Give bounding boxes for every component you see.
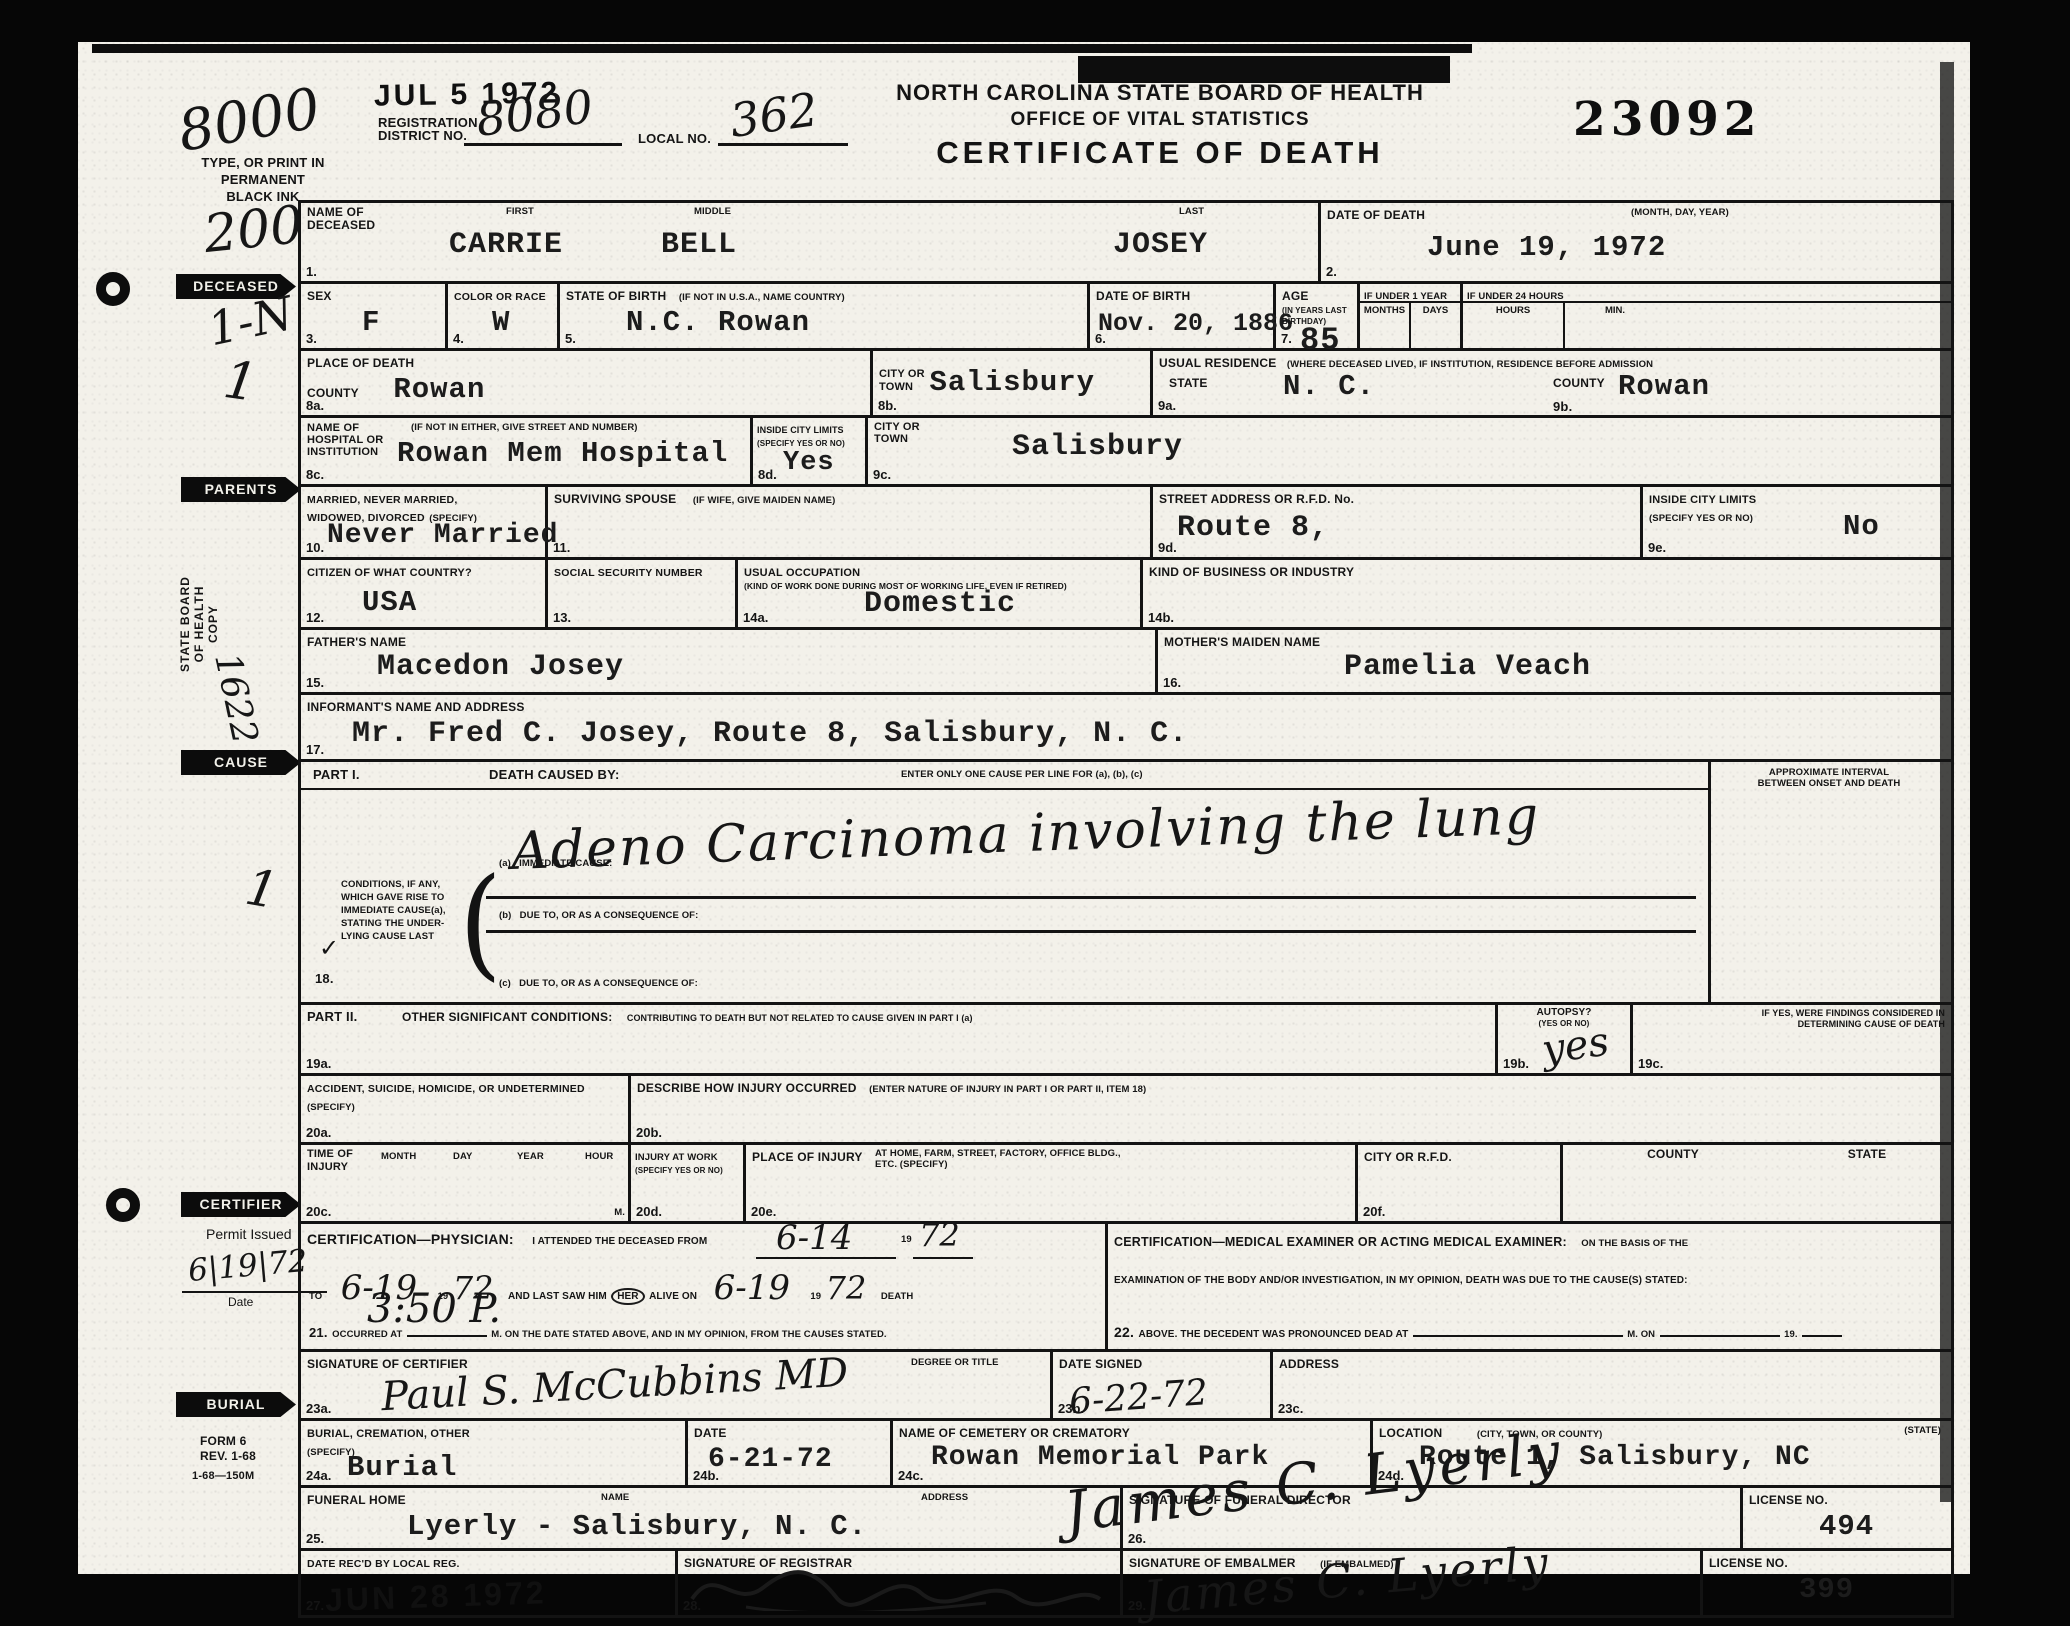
disposition-date-label: DATE [694, 1426, 727, 1440]
district-underline [464, 143, 622, 146]
field-certification-physician: CERTIFICATION—PHYSICIAN: I ATTENDED THE … [301, 1224, 1108, 1349]
spouse-label: SURVIVING SPOUSE [554, 492, 676, 506]
field-name-of-deceased: NAME OFDECEASED FIRST MIDDLE LAST CARRIE… [301, 203, 1321, 281]
tab-cause: CAUSE [181, 750, 301, 775]
certifier-address-label: ADDRESS [1279, 1357, 1339, 1371]
death-time-value: 3:50 P. [367, 1286, 501, 1332]
cause-of-death-section: PART I. DEATH CAUSED BY: ENTER ONLY ONE … [301, 762, 1951, 1005]
form-number-line2: REV. 1-68 [200, 1449, 256, 1463]
registration-district-label: REGISTRATION DISTRICT NO. [378, 116, 478, 142]
tab-parents: PARENTS [181, 477, 301, 502]
funeral-home-label: FUNERAL HOME [307, 1493, 406, 1507]
part1-note: ENTER ONLY ONE CAUSE PER LINE FOR (a), (… [901, 769, 1143, 780]
informant-label: INFORMANT'S NAME AND ADDRESS [307, 700, 525, 714]
item-number: 9a. [1158, 398, 1176, 413]
blank-line [756, 1242, 896, 1259]
father-value: Macedon Josey [377, 653, 1149, 681]
item-number-inline: 22. [1114, 1324, 1134, 1340]
item-number: 20c. [306, 1204, 331, 1219]
interval-header: APPROXIMATE INTERVAL BETWEEN ONSET AND D… [1713, 767, 1945, 789]
form-row-certifier-signature: SIGNATURE OF CERTIFIER DEGREE OR TITLE P… [301, 1352, 1951, 1421]
name-label-line2: DECEASED [307, 218, 375, 232]
marital-label-line1: MARRIED, NEVER MARRIED, [307, 494, 457, 506]
describe-injury-sublabel: (ENTER NATURE OF INJURY IN PART I OR PAR… [869, 1084, 1146, 1095]
last-name-value: JOSEY [1113, 231, 1208, 259]
pronounced-label: ABOVE. THE DECEDENT WAS PRONOUNCED DEAD … [1139, 1329, 1409, 1340]
residence-group-label: USUAL RESIDENCE [1159, 356, 1276, 370]
birth-state-sublabel: (IF NOT IN U.S.A., NAME COUNTRY) [679, 292, 845, 303]
form-row-name: NAME OFDECEASED FIRST MIDDLE LAST CARRIE… [301, 203, 1951, 284]
item-number: 27. [306, 1598, 324, 1613]
place-of-injury-label: PLACE OF INJURY [752, 1150, 863, 1164]
item-number: 23b. [1058, 1401, 1084, 1416]
icl-9e-sublabel: (SPECIFY YES OR NO) [1649, 513, 1753, 524]
street-address-value: Route 8, [1177, 514, 1634, 542]
to-label: TO [309, 1291, 322, 1302]
cert-physician-closing: M. ON THE DATE STATED ABOVE, AND IN MY O… [491, 1329, 886, 1340]
part2-label: PART II. [307, 1009, 357, 1024]
findings-label-line2: DETERMINING CAUSE OF DEATH [1798, 1019, 1945, 1029]
hospital-label-line2: HOSPITAL OR [307, 434, 383, 446]
field-director-license: LICENSE NO. 494 [1743, 1488, 1951, 1548]
item-number-inline: 21. [309, 1325, 328, 1340]
field-informant: INFORMANT'S NAME AND ADDRESS Mr. Fred C.… [301, 695, 1951, 759]
item-number: 5. [565, 331, 576, 346]
date-received-label: DATE REC'D BY LOCAL REG. [307, 1558, 460, 1570]
city-town-label: CITY OR TOWN [879, 368, 925, 394]
accident-label: ACCIDENT, SUICIDE, HOMICIDE, OR UNDETERM… [307, 1083, 585, 1095]
permit-issued-label: Permit Issued [206, 1226, 292, 1242]
item-number: 19c. [1638, 1056, 1663, 1071]
permit-date-label: Date [228, 1295, 253, 1309]
marital-value: Never Married [327, 522, 539, 550]
field-embalmer-signature: SIGNATURE OF EMBALMER (IF EMBALMED) Jame… [1123, 1551, 1703, 1615]
item-number: 4. [453, 331, 464, 346]
mother-value: Pamelia Veach [1344, 653, 1945, 681]
hole-punch [106, 1188, 140, 1222]
icl-9e-value: No [1843, 513, 1880, 541]
line-c-label: (c) DUE TO, OR AS A CONSEQUENCE OF: [499, 978, 698, 989]
form-row-certification: CERTIFICATION—PHYSICIAN: I ATTENDED THE … [301, 1224, 1951, 1352]
location-sublabel-2: (STATE) [1904, 1425, 1941, 1436]
pencil-1622: 1622 [206, 649, 265, 747]
hospital-label-line3: INSTITUTION [307, 446, 378, 458]
registrar-signature [686, 1559, 1106, 1611]
field-age: AGE (IN YEARS LAST BIRTHDAY) 85 7. [1276, 284, 1360, 348]
disposition-label: BURIAL, CREMATION, OTHER [307, 1428, 470, 1440]
item-number: 20e. [751, 1204, 776, 1219]
cemetery-label: NAME OF CEMETERY OR CREMATORY [899, 1426, 1130, 1440]
field-certifier-signature: SIGNATURE OF CERTIFIER DEGREE OR TITLE P… [301, 1352, 1053, 1418]
conditions-line4: STATING THE UNDER- [341, 918, 444, 929]
conditions-line5: LYING CAUSE LAST [341, 931, 434, 942]
field-other-significant-conditions: PART II. OTHER SIGNIFICANT CONDITIONS: C… [301, 1005, 1498, 1073]
month-column-label: MONTH [381, 1151, 416, 1162]
item-number: 16. [1163, 675, 1181, 690]
item-number: 9c. [873, 467, 891, 482]
her-circled-label: HER [611, 1288, 644, 1305]
certificate-title: CERTIFICATE OF DEATH [710, 135, 1610, 171]
print-instruction-line2: PERMANENT [221, 172, 305, 187]
date-received-stamp: JUN 28 1972 [324, 1570, 669, 1619]
cert-examiner-title: CERTIFICATION—MEDICAL EXAMINER OR ACTING… [1114, 1235, 1567, 1249]
conditions-line1: CONDITIONS, IF ANY, [341, 879, 440, 890]
date-signed-label: DATE SIGNED [1059, 1357, 1142, 1371]
residence-county-value: Rowan [1618, 373, 1710, 401]
autopsy-value: yes [1539, 1019, 1612, 1074]
accident-sublabel: (SPECIFY) [307, 1102, 355, 1113]
hospital-sublabel: (IF NOT IN EITHER, GIVE STREET AND NUMBE… [411, 422, 638, 433]
scanned-death-certificate: { "colors":{"paper":"#f3f1ea","ink":"#13… [0, 0, 2070, 1626]
field-street-address: STREET ADDRESS OR R.F.D. No. Route 8, 9d… [1153, 487, 1643, 557]
item-number: 1. [306, 264, 317, 279]
form-row-place-of-death: PLACE OF DEATH COUNTY Rowan 8a. CITY OR … [301, 351, 1951, 418]
item-number: 7. [1281, 331, 1292, 346]
basis-label: ON THE BASIS OF THE [1581, 1238, 1688, 1249]
item-number: 11. [553, 540, 570, 555]
field-mother-name: MOTHER'S MAIDEN NAME Pamelia Veach 16. [1158, 630, 1951, 692]
field-describe-injury: DESCRIBE HOW INJURY OCCURRED (ENTER NATU… [631, 1076, 1951, 1142]
copy-line2: OF HEALTH [192, 586, 206, 663]
field-father-name: FATHER'S NAME Macedon Josey 15. [301, 630, 1158, 692]
line-c-prefix: (c) [499, 978, 511, 989]
place-city-value: Salisbury [929, 366, 1095, 399]
permit-date-value: 6|19|72 [187, 1243, 309, 1289]
field-marital-status: MARRIED, NEVER MARRIED, WIDOWED, DIVORCE… [301, 487, 548, 557]
year-prefix: 19. [1784, 1329, 1798, 1340]
time-injury-label-line1: TIME OF [307, 1148, 353, 1160]
alive-on-label: ALIVE ON [649, 1291, 697, 1302]
item-number: 20a. [306, 1125, 331, 1140]
col-middle-label: MIDDLE [694, 206, 731, 217]
cert-physician-title: CERTIFICATION—PHYSICIAN: [307, 1231, 514, 1247]
tab-certifier: CERTIFIER [181, 1192, 301, 1217]
under-year-columns: MONTHS DAYS [1360, 301, 1460, 348]
field-residence-city: CITY OR TOWN Salisbury 9c. [868, 418, 1951, 484]
pencil-1b: 1 [241, 858, 282, 921]
field-date-received: DATE REC'D BY LOCAL REG. JUN 28 1972 27. [301, 1551, 678, 1615]
birth-date-label: DATE OF BIRTH [1096, 289, 1190, 303]
birth-date-value: Nov. 20, 1886 [1098, 310, 1267, 338]
conditions-line2: WHICH GAVE RISE TO [341, 892, 444, 903]
certificate-paper: 8000 JUL 5 1972 REGISTRATION DISTRICT NO… [78, 42, 1970, 1574]
citizen-value: USA [362, 589, 539, 617]
field-funeral-director-signature: SIGNATURE OF FUNERAL DIRECTOR James C. L… [1123, 1488, 1743, 1548]
year-prefix: 19 [901, 1234, 912, 1245]
form-row-registrar: DATE REC'D BY LOCAL REG. JUN 28 1972 27.… [301, 1551, 1951, 1615]
field-funeral-home: FUNERAL HOME NAME ADDRESS Lyerly - Salis… [301, 1488, 1123, 1548]
field-ssn: SOCIAL SECURITY NUMBER 13. [548, 560, 738, 627]
hours-column: HOURS [1463, 303, 1565, 348]
minutes-column: MIN. [1565, 303, 1951, 348]
registration-label-line2: DISTRICT NO. [378, 128, 467, 143]
icl-8d-value: Yes [783, 449, 861, 477]
field-state-of-birth: STATE OF BIRTH (IF NOT IN U.S.A., NAME C… [560, 284, 1090, 348]
hospital-value: Rowan Mem Hospital [397, 440, 728, 468]
autopsy-label: AUTOPSY? [1502, 1007, 1626, 1018]
item-number: 24b. [693, 1468, 719, 1483]
first-name-value: CARRIE [449, 231, 563, 259]
year-column-label: YEAR [517, 1151, 544, 1162]
funeral-home-name-sublabel: NAME [601, 1492, 629, 1503]
copy-line3: COPY [206, 605, 220, 643]
item-number: 10. [306, 540, 324, 555]
death-label: DEATH [881, 1291, 914, 1302]
field-date-signed: DATE SIGNED 6-22-72 23b. [1053, 1352, 1273, 1418]
cert-examiner-line3: 22. ABOVE. THE DECEDENT WAS PRONOUNCED D… [1114, 1320, 1940, 1342]
time-injury-label-line2: INJURY [307, 1161, 348, 1173]
item-number: 9d. [1158, 540, 1177, 555]
item-number: 2. [1326, 264, 1337, 279]
residence-city-value: Salisbury [1012, 433, 1183, 461]
tab-burial: BURIAL [176, 1392, 296, 1417]
injury-state-label: STATE [1789, 1148, 1945, 1161]
form-row-informant: INFORMANT'S NAME AND ADDRESS Mr. Fred C.… [301, 695, 1951, 762]
item-number: 19b. [1503, 1056, 1529, 1071]
item-number: 8b. [878, 398, 897, 413]
field-date-of-birth: DATE OF BIRTH Nov. 20, 1886 6. [1090, 284, 1276, 348]
pen-checkmark: ✓ [319, 934, 339, 963]
hole-punch [96, 272, 130, 306]
print-run-code: 1-68—150M [192, 1470, 254, 1483]
pencil-200: 200 [201, 195, 306, 265]
describe-injury-label: DESCRIBE HOW INJURY OCCURRED [637, 1081, 857, 1095]
item-number: 18. [315, 972, 334, 985]
injury-at-work-label: INJURY AT WORK [635, 1152, 718, 1163]
field-certifier-address: ADDRESS 23c. [1273, 1352, 1951, 1418]
part1-label: PART I. [313, 768, 360, 781]
board-name: NORTH CAROLINA STATE BOARD OF HEALTH [710, 80, 1610, 106]
field-hospital: NAME OF HOSPITAL OR INSTITUTION (IF NOT … [301, 418, 753, 484]
form-row-sex-birth: SEX F 3. COLOR OR RACE W 4. STATE OF BIR… [301, 284, 1951, 351]
item-number: 12. [306, 610, 324, 625]
certifier-signature-label: SIGNATURE OF CERTIFIER [307, 1357, 468, 1371]
field-disposition-type: BURIAL, CREMATION, OTHER (SPECIFY) Buria… [301, 1421, 688, 1485]
residence-county-label: COUNTY [1553, 377, 1605, 390]
form-row-funeral-home: FUNERAL HOME NAME ADDRESS Lyerly - Salis… [301, 1488, 1951, 1551]
conditions-line3: IMMEDIATE CAUSE(a), [341, 905, 446, 916]
occupation-value: Domestic [864, 590, 1134, 618]
last-saw-label: AND LAST SAW HIM [508, 1291, 607, 1302]
field-inside-city-limits-9e: INSIDE CITY LIMITS (SPECIFY YES OR NO) N… [1643, 487, 1951, 557]
conditions-note: CONDITIONS, IF ANY, WHICH GAVE RISE TO I… [341, 878, 446, 943]
line-b-prefix: (b) [499, 910, 511, 921]
race-value: W [492, 309, 551, 337]
item-number: 6. [1095, 331, 1106, 346]
residence-state-value: N. C. [1283, 373, 1375, 401]
cert-examiner-body: EXAMINATION OF THE BODY AND/OR INVESTIGA… [1114, 1275, 1945, 1286]
item-number: 23a. [306, 1401, 331, 1416]
field-autopsy-findings: IF YES, WERE FINDINGS CONSIDERED IN DETE… [1633, 1005, 1951, 1073]
date-of-death-sublabel: (MONTH, DAY, YEAR) [1631, 207, 1729, 218]
field-industry: KIND OF BUSINESS OR INDUSTRY 14b. [1143, 560, 1951, 627]
residence-state-label: STATE [1169, 377, 1208, 390]
residence-city-label: CITY OR TOWN [874, 421, 920, 445]
col-first-label: FIRST [506, 206, 534, 217]
field-surviving-spouse: SURVIVING SPOUSE (IF WIFE, GIVE MAIDEN N… [548, 487, 1153, 557]
conditions-brace: ( [459, 852, 502, 993]
field-place-of-death-county: PLACE OF DEATH COUNTY Rowan 8a. [301, 351, 873, 415]
line-b-underline [486, 930, 1696, 933]
interval-header-line2: BETWEEN ONSET AND DEATH [1758, 778, 1901, 789]
field-date-of-death: DATE OF DEATH (MONTH, DAY, YEAR) June 19… [1321, 203, 1951, 281]
injury-county-label: COUNTY [1569, 1148, 1777, 1161]
date-of-death-value: June 19, 1972 [1427, 234, 1945, 262]
item-number: 25. [306, 1531, 324, 1546]
field-certification-examiner: CERTIFICATION—MEDICAL EXAMINER OR ACTING… [1108, 1224, 1951, 1349]
occupation-label: USUAL OCCUPATION [744, 567, 860, 579]
form-row-part2: PART II. OTHER SIGNIFICANT CONDITIONS: C… [301, 1005, 1951, 1076]
field-if-under-24-hours: IF UNDER 24 HOURS HOURS MIN. [1463, 284, 1951, 348]
item-number: 3. [306, 331, 317, 346]
field-injury-city: CITY OR R.F.D. 20f. [1358, 1145, 1563, 1221]
office-name: OFFICE OF VITAL STATISTICS [710, 109, 1610, 131]
industry-label: KIND OF BUSINESS OR INDUSTRY [1149, 565, 1354, 579]
field-occupation: USUAL OCCUPATION (KIND OF WORK DONE DURI… [738, 560, 1143, 627]
field-injury-state: STATE [1783, 1145, 1951, 1221]
form-row-injury-detail: TIME OF INJURY MONTH DAY YEAR HOUR 20c. … [301, 1145, 1951, 1224]
field-disposition-date: DATE 6-21-72 24b. [688, 1421, 893, 1485]
date-signed-value: 6-22-72 [1068, 1368, 1265, 1423]
field-injury-at-work: INJURY AT WORK (SPECIFY YES OR NO) 20d. [631, 1145, 746, 1221]
copy-line1: STATE BOARD [178, 576, 192, 672]
father-label: FATHER'S NAME [307, 635, 406, 649]
embalmer-license-label: LICENSE NO. [1709, 1556, 1788, 1570]
form-row-accident: ACCIDENT, SUICIDE, HOMICIDE, OR UNDETERM… [301, 1076, 1951, 1145]
immediate-cause-value: Adeno Carcinoma involving the lung [510, 786, 1541, 882]
field-citizen: CITIZEN OF WHAT COUNTRY? USA 12. [301, 560, 548, 627]
item-number: 14b. [1148, 610, 1174, 625]
funeral-home-value: Lyerly - Salisbury, N. C. [407, 1513, 1114, 1541]
field-sex: SEX F 3. [301, 284, 448, 348]
hospital-label-line1: NAME OF [307, 422, 359, 434]
meridiem-suffix: M. [614, 1207, 625, 1218]
mother-label: MOTHER'S MAIDEN NAME [1164, 635, 1320, 649]
year-prefix: 19 [810, 1291, 821, 1302]
scan-artifact [1078, 56, 1450, 83]
form-number: FORM 6 REV. 1-68 [200, 1434, 256, 1464]
attended-label: I ATTENDED THE DECEASED FROM [532, 1236, 707, 1247]
field-registrar-signature: SIGNATURE OF REGISTRAR 28. [678, 1551, 1123, 1615]
col-last-label: LAST [1179, 206, 1204, 217]
item-number: 24c. [898, 1468, 923, 1483]
field-place-of-injury: PLACE OF INJURY AT HOME, FARM, STREET, F… [746, 1145, 1358, 1221]
field-usual-residence: USUAL RESIDENCE (WHERE DECEASED LIVED, I… [1153, 351, 1951, 415]
field-accident-suicide-homicide: ACCIDENT, SUICIDE, HOMICIDE, OR UNDETERM… [301, 1076, 631, 1142]
line-b-label: (b) DUE TO, OR AS A CONSEQUENCE OF: [499, 910, 698, 921]
blank-line [1413, 1320, 1623, 1337]
form-row-marital: MARRIED, NEVER MARRIED, WIDOWED, DIVORCE… [301, 487, 1951, 560]
item-number: 20b. [636, 1125, 662, 1140]
line-c-text: DUE TO, OR AS A CONSEQUENCE OF: [519, 978, 698, 989]
field-injury-county: COUNTY [1563, 1145, 1783, 1221]
sex-value: F [362, 309, 439, 337]
hour-column-label: HOUR [585, 1151, 613, 1162]
field-color-or-race: COLOR OR RACE W 4. [448, 284, 560, 348]
pencil-1: 1 [220, 350, 261, 414]
item-number: 19a. [306, 1056, 331, 1071]
field-time-of-injury: TIME OF INJURY MONTH DAY YEAR HOUR 20c. … [301, 1145, 631, 1221]
item-number: 20f. [1363, 1204, 1385, 1219]
race-label: COLOR OR RACE [454, 291, 546, 303]
citizen-label: CITIZEN OF WHAT COUNTRY? [307, 567, 472, 579]
local-number-label: LOCAL NO. [638, 132, 711, 145]
embalmer-license-value: 399 [1799, 1576, 1945, 1604]
middle-name-value: BELL [661, 231, 737, 259]
place-of-injury-sublabel: AT HOME, FARM, STREET, FACTORY, OFFICE B… [875, 1148, 1135, 1170]
ssn-label: SOCIAL SECURITY NUMBER [554, 567, 703, 579]
item-number: 8a. [306, 398, 324, 413]
place-county-value: Rowan [393, 373, 485, 406]
icl-9e-label: INSIDE CITY LIMITS [1649, 494, 1756, 506]
item-number: 9e. [1648, 540, 1666, 555]
part2-note: CONTRIBUTING TO DEATH BUT NOT RELATED TO… [627, 1013, 973, 1023]
icl-8d-label: INSIDE CITY LIMITS [757, 425, 844, 435]
interval-header-line1: APPROXIMATE INTERVAL [1769, 767, 1889, 778]
days-column: DAYS [1411, 303, 1460, 348]
street-address-label: STREET ADDRESS OR R.F.D. No. [1159, 492, 1354, 506]
informant-value: Mr. Fred C. Josey, Route 8, Salisbury, N… [352, 720, 1945, 748]
field-place-of-death-city: CITY OR TOWN Salisbury 8b. [873, 351, 1153, 415]
form-row-hospital: NAME OF HOSPITAL OR INSTITUTION (IF NOT … [301, 418, 1951, 487]
part2-heading: OTHER SIGNIFICANT CONDITIONS: [402, 1010, 612, 1024]
director-license-value: 494 [1819, 1513, 1945, 1541]
last-saw-year: 72 [826, 1269, 867, 1307]
m-on-label: M. ON [1627, 1329, 1655, 1340]
disposition-date-value: 6-21-72 [708, 1446, 884, 1474]
form-header: NORTH CAROLINA STATE BOARD OF HEALTH OFF… [710, 80, 1610, 171]
interval-column-divider [1708, 762, 1711, 1002]
scan-artifact [92, 44, 1472, 53]
item-number: 14a. [743, 610, 768, 625]
blank-line [913, 1242, 973, 1259]
form-row-citizen: CITIZEN OF WHAT COUNTRY? USA 12. SOCIAL … [301, 560, 1951, 630]
certificate-form: NAME OFDECEASED FIRST MIDDLE LAST CARRIE… [298, 200, 1954, 1618]
injury-at-work-sublabel: (SPECIFY YES OR NO) [635, 1165, 739, 1176]
field-autopsy: AUTOPSY? (YES OR NO) yes 19b. [1498, 1005, 1633, 1073]
age-label: AGE [1282, 289, 1309, 303]
line-a-underline [486, 896, 1696, 899]
findings-label-line1: IF YES, WERE FINDINGS CONSIDERED IN [1762, 1008, 1945, 1018]
item-number: 15. [306, 675, 324, 690]
item-number: 8c. [306, 467, 324, 482]
under-day-columns: HOURS MIN. [1463, 301, 1951, 348]
print-instruction: TYPE, OR PRINT IN PERMANENT BLACK INK [170, 154, 356, 205]
item-number: 9b. [1553, 400, 1572, 413]
place-of-death-group-label: PLACE OF DEATH [307, 356, 414, 370]
name-label-line1: NAME OF [307, 205, 364, 219]
injury-city-label: CITY OR R.F.D. [1364, 1150, 1452, 1164]
part1-heading: DEATH CAUSED BY: [489, 768, 620, 781]
line-b-text: DUE TO, OR AS A CONSEQUENCE OF: [520, 910, 699, 921]
item-number: 8d. [758, 467, 777, 482]
disposition-value: Burial [347, 1454, 679, 1482]
spouse-sublabel: (IF WIFE, GIVE MAIDEN NAME) [693, 495, 836, 506]
birth-state-label: STATE OF BIRTH [566, 289, 666, 303]
item-number: 20d. [636, 1204, 662, 1219]
day-column-label: DAY [453, 1151, 473, 1162]
certificate-serial-number: 23092 [1573, 92, 1762, 147]
birth-state-value: N.C. Rowan [626, 309, 1081, 337]
item-number: 23c. [1278, 1401, 1303, 1416]
field-inside-city-limits-8d: INSIDE CITY LIMITS (SPECIFY YES OR NO) Y… [753, 418, 868, 484]
blank-line [1660, 1320, 1780, 1337]
field-if-under-1-year: IF UNDER 1 YEAR MONTHS DAYS [1360, 284, 1463, 348]
item-number: 17. [306, 742, 324, 757]
item-number: 13. [553, 610, 571, 625]
form-number-line1: FORM 6 [200, 1434, 247, 1448]
field-embalmer-license: LICENSE NO. 399 [1703, 1551, 1951, 1615]
